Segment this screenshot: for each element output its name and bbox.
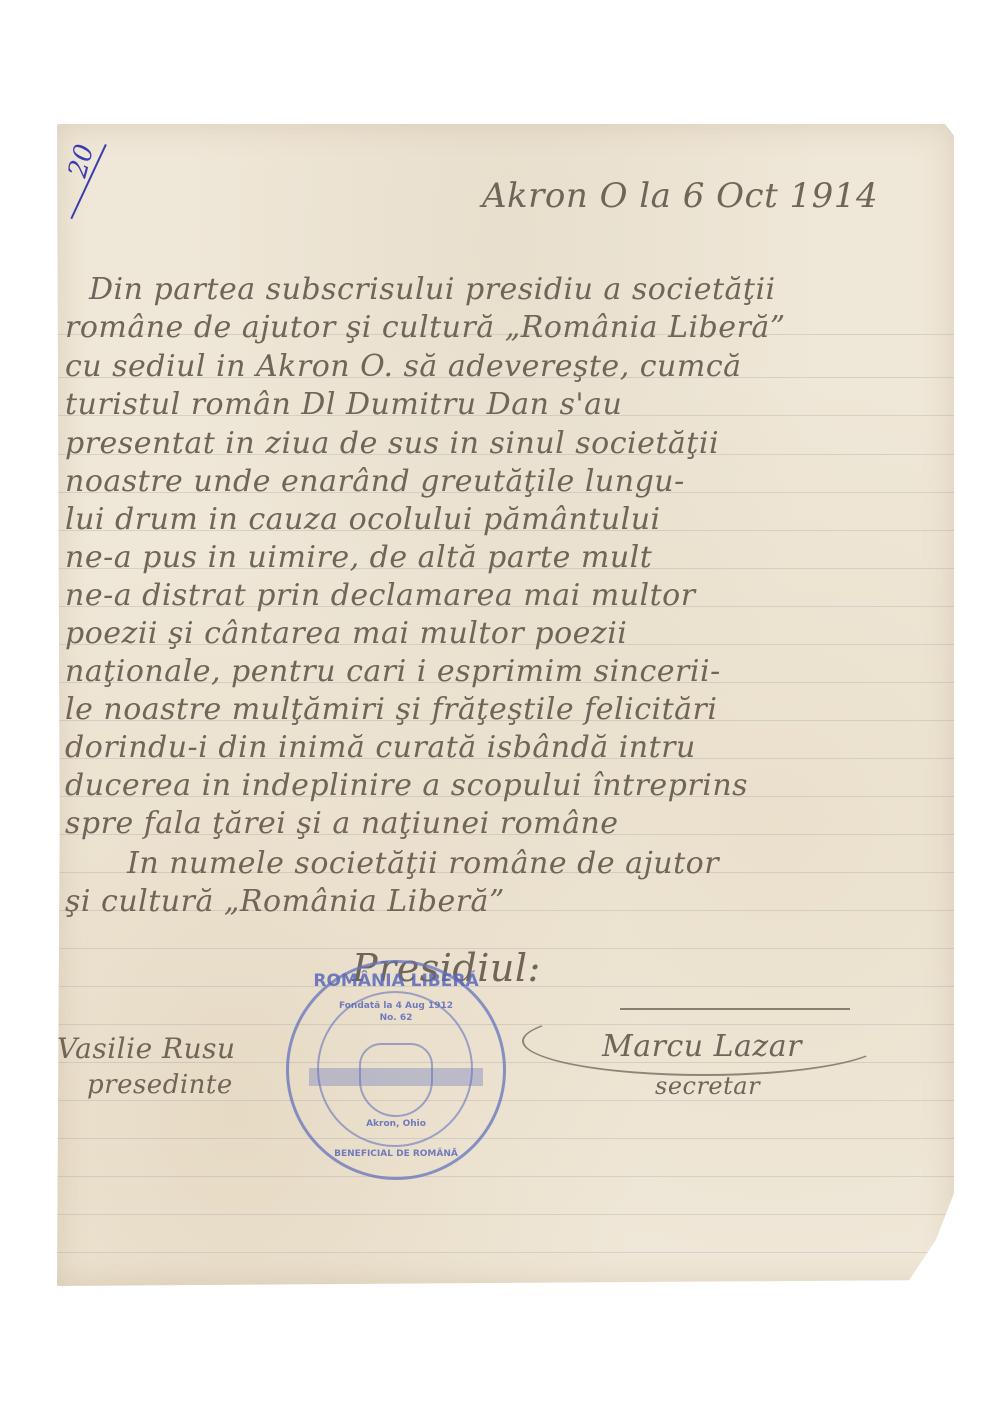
closing-line: In numele societăţii române de ajutor xyxy=(127,846,719,881)
body-line: poezii şi cântarea mai multor poezii xyxy=(65,616,627,651)
body-line: române de ajutor şi cultură „România Lib… xyxy=(65,310,786,345)
closing-line: şi cultură „România Liberă” xyxy=(65,884,505,919)
ruled-line xyxy=(57,1252,954,1253)
ruled-line xyxy=(57,1176,954,1177)
ruled-line xyxy=(57,1138,954,1139)
body-line: spre fala ţărei şi a naţiunei române xyxy=(65,806,619,841)
body-line: dorindu-i din inimă curată isbândă intru xyxy=(65,730,696,765)
body-line: lui drum in cauza ocolului pământului xyxy=(65,502,661,537)
society-stamp: ROMÂNIA LIBERĂ Fondată la 4 Aug 1912 No.… xyxy=(286,960,506,1180)
body-line: presentat in ziua de sus in sinul societ… xyxy=(65,426,719,461)
coat-of-arms-icon xyxy=(359,1043,433,1117)
stamp-founded: Fondată la 4 Aug 1912 xyxy=(289,1001,503,1011)
body-line: Din partea subscrisului presidiu a socie… xyxy=(89,272,776,307)
body-line: ducerea in indeplinire a scopului întrep… xyxy=(65,768,748,803)
letter-paper: 20 Akron O la 6 Oct 1914 Din partea subs… xyxy=(57,124,954,1286)
stamp-number: No. 62 xyxy=(289,1013,503,1023)
stamp-top-text: ROMÂNIA LIBERĂ xyxy=(289,971,503,991)
body-line: turistul român Dl Dumitru Dan s'au xyxy=(65,387,622,422)
signature-flourish xyxy=(522,1006,886,1076)
body-line: le noastre mulţămiri şi frăţeştile felic… xyxy=(65,692,717,727)
body-line: ne-a distrat prin declamarea mai multor xyxy=(65,578,696,613)
body-line: noastre unde enarând greutăţile lungu- xyxy=(65,464,685,499)
body-line: naţionale, pentru cari i esprimim sincer… xyxy=(65,654,721,689)
signature-underline xyxy=(620,1008,850,1010)
signature-president-name: Vasilie Rusu xyxy=(57,1032,236,1065)
signature-president-title: presedinte xyxy=(87,1070,233,1100)
place-date: Akron O la 6 Oct 1914 xyxy=(482,176,878,216)
signature-secretary-title: secretar xyxy=(655,1072,760,1100)
folio-number: 20 xyxy=(63,141,101,181)
body-line: cu sediul in Akron O. să adevereşte, cum… xyxy=(65,349,742,384)
ruled-line xyxy=(57,1100,954,1101)
body-line: ne-a pus in uimire, de altă parte mult xyxy=(65,540,652,575)
stamp-bottom-text: BENEFICIAL DE ROMÂNĂ xyxy=(289,1149,503,1159)
stamp-location: Akron, Ohio xyxy=(289,1119,503,1129)
ruled-line xyxy=(57,1214,954,1215)
